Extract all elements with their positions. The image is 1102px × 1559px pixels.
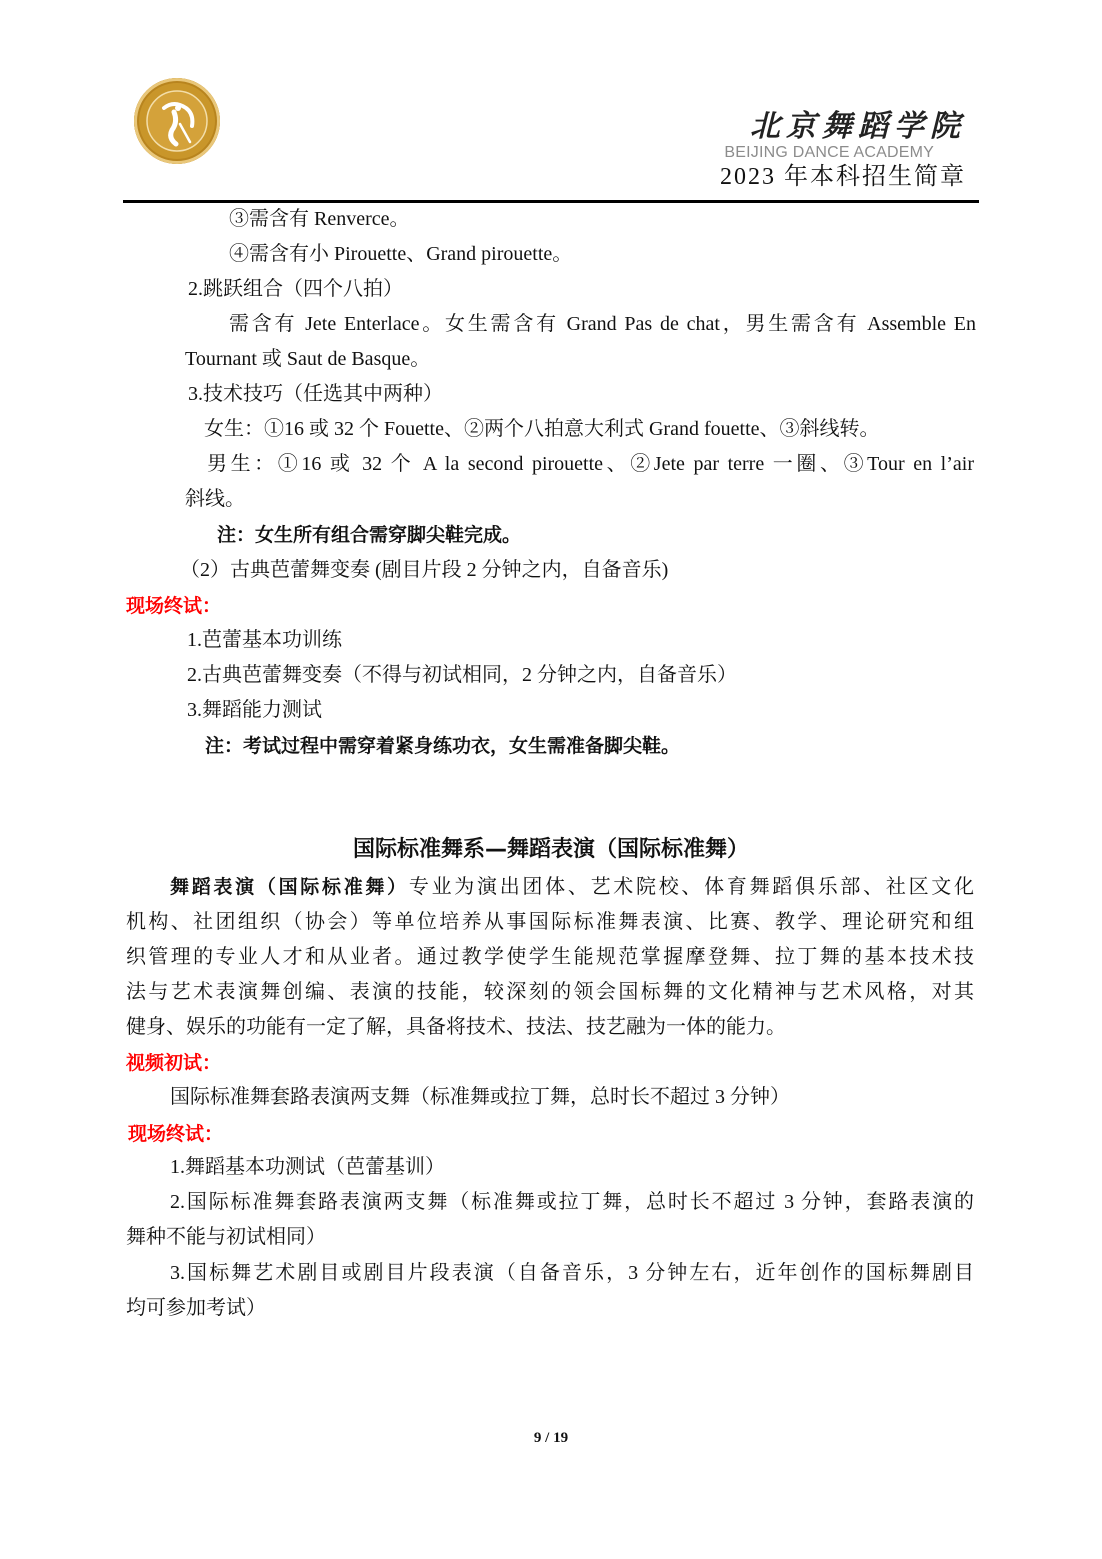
section-title: 国际标准舞系—舞蹈表演（国际标准舞） (0, 838, 1102, 862)
header-divider (123, 200, 979, 203)
list-item: 2.古典芭蕾舞变奏（不得与初试相同，2 分钟之内，自备音乐） (187, 663, 737, 687)
academy-logo (134, 78, 220, 164)
paragraph-line: 健身、娱乐的功能有一定了解，具备将技术、技法、技艺融为一体的能力。 (126, 1015, 786, 1039)
paragraph-line: 舞种不能与初试相同） (126, 1225, 326, 1249)
section-heading-video-exam: 视频初试： (126, 1051, 221, 1075)
section-heading-final-exam: 现场终试： (126, 594, 221, 618)
dancer-emblem-icon (134, 78, 220, 164)
list-item: 3.舞蹈能力测试 (187, 698, 322, 722)
list-item: 国际标准舞套路表演两支舞（标准舞或拉丁舞，总时长不超过 3 分钟） (170, 1085, 790, 1109)
brochure-title: 2023 年本科招生简章 (720, 162, 966, 192)
section-heading-final-exam: 现场终试： (128, 1122, 223, 1146)
list-item: 3.技术技巧（任选其中两种） (188, 382, 443, 406)
paragraph-line: 法与艺术表演舞创编、表演的技能，较深刻的领会国标舞的文化精神与艺术风格，对其 (126, 980, 974, 1004)
paragraph-line: 需含有 Jete Enterlace。女生需含有 Grand Pas de ch… (229, 312, 976, 336)
note: 注：女生所有组合需穿脚尖鞋完成。 (217, 523, 521, 547)
paragraph-line: 织管理的专业人才和从业者。通过教学使学生能规范掌握摩登舞、拉丁舞的基本技术技 (126, 945, 974, 969)
list-item: 2.跳跃组合（四个八拍） (188, 277, 403, 301)
paragraph-line: 机构、社团组织（协会）等单位培养从事国际标准舞表演、比赛、教学、理论研究和组 (126, 910, 974, 934)
paragraph-line: Tournant 或 Saut de Basque。 (185, 347, 430, 371)
paragraph-line: 舞蹈表演（国际标准舞）专业为演出团体、艺术院校、体育舞蹈俱乐部、社区文化 (170, 875, 974, 899)
list-item: （2）古典芭蕾舞变奏 (剧目片段 2 分钟之内，自备音乐) (180, 558, 668, 582)
paragraph-line: 均可参加考试） (126, 1296, 266, 1320)
list-item: 3.国标舞艺术剧目或剧目片段表演（自备音乐，3 分钟左右，近年创作的国标舞剧目 (170, 1261, 974, 1285)
list-item: 2.国际标准舞套路表演两支舞（标准舞或拉丁舞，总时长不超过 3 分钟，套路表演的 (170, 1190, 974, 1214)
list-item: ④需含有小 Pirouette、Grand pirouette。 (229, 242, 572, 266)
note: 注：考试过程中需穿着紧身练功衣，女生需准备脚尖鞋。 (205, 734, 680, 758)
major-name: 舞蹈表演（国际标准舞） (170, 876, 409, 898)
list-item: 男生：①16 或 32 个 A la second pirouette、②Jet… (207, 452, 974, 476)
list-item: ③需含有 Renverce。 (229, 207, 410, 231)
brand-english-name: BEIJING DANCE ACADEMY (720, 144, 934, 162)
list-item: 女生：①16 或 32 个 Fouette、②两个八拍意大利式 Grand fo… (204, 417, 880, 441)
document-page: 北京舞蹈学院 BEIJING DANCE ACADEMY 2023 年本科招生简… (0, 0, 1102, 1559)
paragraph-text: 专业为演出团体、艺术院校、体育舞蹈俱乐部、社区文化 (409, 876, 974, 898)
header-brand: 北京舞蹈学院 BEIJING DANCE ACADEMY 2023 年本科招生简… (720, 110, 966, 192)
list-item: 1.芭蕾基本功训练 (187, 628, 342, 652)
page-number: 9 / 19 (0, 1430, 1102, 1447)
paragraph-line: 斜线。 (185, 487, 245, 511)
list-item: 1.舞蹈基本功测试（芭蕾基训） (170, 1155, 445, 1179)
brand-chinese-name: 北京舞蹈学院 (720, 110, 966, 144)
